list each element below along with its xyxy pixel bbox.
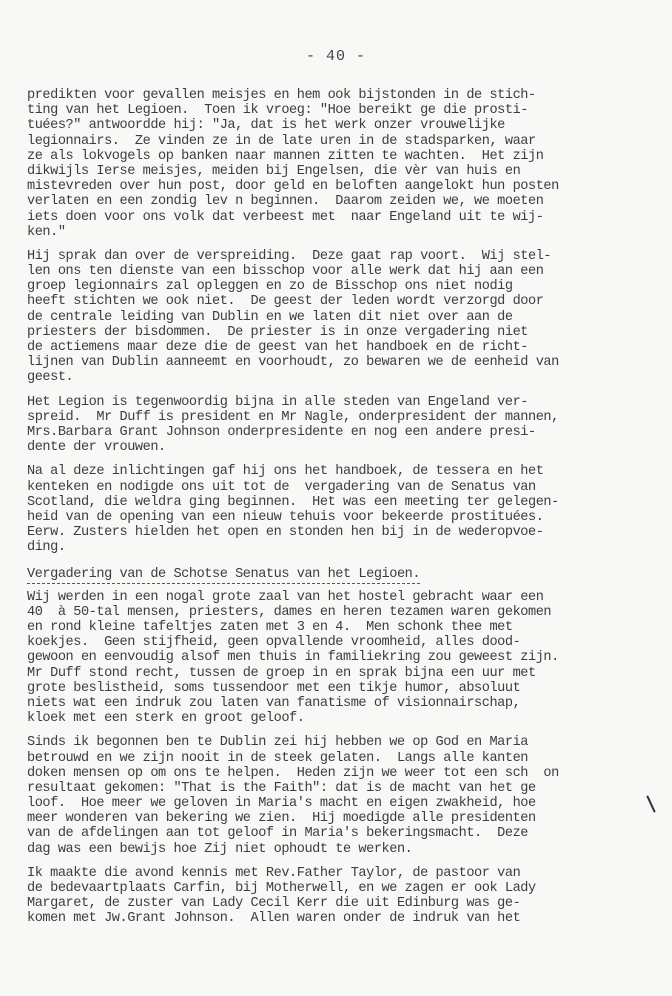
text-line: grote beslistheid, soms tussendoor met e… bbox=[27, 681, 672, 696]
text-line: 40 à 50-tal mensen, priesters, dames en … bbox=[27, 605, 672, 620]
page-number: - 40 - bbox=[0, 48, 672, 65]
text-line: spreid. Mr Duff is president en Mr Nagle… bbox=[27, 410, 672, 425]
text-line: ting van het Legioen. Toen ik vroeg: "Ho… bbox=[27, 103, 672, 118]
text-line: van de afdelingen aan tot geloof in Mari… bbox=[27, 826, 672, 841]
text-line: groep legionnairs zal opleggen en zo de … bbox=[27, 279, 672, 294]
paragraphs-after-heading: Wij werden in een nogal grote zaal van h… bbox=[27, 590, 672, 927]
text-line: en rond kleine tafeltjes zaten met 3 en … bbox=[27, 620, 672, 635]
text-line: Margaret, de zuster van Lady Cecil Kerr … bbox=[27, 896, 672, 911]
text-line: Na al deze inlichtingen gaf hij ons het … bbox=[27, 464, 672, 479]
text-line: resultaat gekomen: "That is the Faith": … bbox=[27, 781, 672, 796]
text-line: heeft stichten we ook niet. De geest der… bbox=[27, 294, 672, 309]
text-line: dente der vrouwen. bbox=[27, 440, 672, 455]
text-line: gewoon en eenvoudig alsof men thuis in f… bbox=[27, 650, 672, 665]
text-line: loof. Hoe meer we geloven in Maria's mac… bbox=[27, 796, 672, 811]
text-line: doken mensen op om ons te helpen. Heden … bbox=[27, 766, 672, 781]
text-line: Wij werden in een nogal grote zaal van h… bbox=[27, 590, 672, 605]
paragraph: Ik maakte die avond kennis met Rev.Fathe… bbox=[27, 866, 672, 927]
text-line: ken." bbox=[27, 225, 672, 240]
text-line: mistevreden over hun post, door geld en … bbox=[27, 179, 672, 194]
typewritten-page: - 40 - predikten voor gevallen meisjes e… bbox=[0, 0, 672, 996]
paragraph: Sinds ik begonnen ben te Dublin zei hij … bbox=[27, 735, 672, 857]
document-body: predikten voor gevallen meisjes en hem o… bbox=[27, 88, 672, 936]
text-line: niets wat een indruk zou laten van fanat… bbox=[27, 696, 672, 711]
text-line: len ons ten dienste van een bisschop voo… bbox=[27, 264, 672, 279]
text-line: Ik maakte die avond kennis met Rev.Fathe… bbox=[27, 866, 672, 881]
text-line: heid van de opening van een nieuw tehuis… bbox=[27, 510, 672, 525]
text-line: dikwijls Ierse meisjes, meiden bij Engel… bbox=[27, 164, 672, 179]
text-line: betrouwd en we zijn nooit in de steek ge… bbox=[27, 751, 672, 766]
text-line: Eerw. Zusters hielden het open en stonde… bbox=[27, 525, 672, 540]
text-line: de bedevaartplaats Carfin, bij Motherwel… bbox=[27, 881, 672, 896]
paragraph: Na al deze inlichtingen gaf hij ons het … bbox=[27, 464, 672, 555]
text-line: ze als lokvogels op banken naar mannen z… bbox=[27, 149, 672, 164]
paragraph: predikten voor gevallen meisjes en hem o… bbox=[27, 88, 672, 240]
section-heading: Vergadering van de Schotse Senatus van h… bbox=[27, 567, 420, 583]
paragraph: Hij sprak dan over de verspreiding. Deze… bbox=[27, 249, 672, 386]
text-line: Scotland, die weldra ging beginnen. Het … bbox=[27, 495, 672, 510]
text-line: Het Legion is tegenwoordig bijna in alle… bbox=[27, 395, 672, 410]
text-line: Sinds ik begonnen ben te Dublin zei hij … bbox=[27, 735, 672, 750]
section-heading-wrapper: Vergadering van de Schotse Senatus van h… bbox=[27, 564, 672, 587]
text-line: komen met Jw.Grant Johnson. Allen waren … bbox=[27, 911, 672, 926]
text-line: iets doen voor ons volk dat verbeest met… bbox=[27, 210, 672, 225]
paragraph: Wij werden in een nogal grote zaal van h… bbox=[27, 590, 672, 727]
text-line: Hij sprak dan over de verspreiding. Deze… bbox=[27, 249, 672, 264]
text-line: dag was een bewijs hoe Zij niet ophoudt … bbox=[27, 842, 672, 857]
paragraphs-before-heading: predikten voor gevallen meisjes en hem o… bbox=[27, 88, 672, 555]
text-line: lijnen van Dublin aanneemt en voorhoudt,… bbox=[27, 355, 672, 370]
text-line: priesters der bisdommen. De priester is … bbox=[27, 325, 672, 340]
text-line: koekjes. Geen stijfheid, geen opvallende… bbox=[27, 635, 672, 650]
text-line: predikten voor gevallen meisjes en hem o… bbox=[27, 88, 672, 103]
text-line: ding. bbox=[27, 540, 672, 555]
text-line: legionnairs. Ze vinden ze in de late ure… bbox=[27, 134, 672, 149]
text-line: kenteken en nodigde ons uit tot de verga… bbox=[27, 480, 672, 495]
text-line: geest. bbox=[27, 370, 672, 385]
paragraph: Het Legion is tegenwoordig bijna in alle… bbox=[27, 395, 672, 456]
text-line: de centrale leiding van Dublin en we lat… bbox=[27, 310, 672, 325]
text-line: meer wonderen van bekering we zien. Hij … bbox=[27, 811, 672, 826]
text-line: Mr Duff stond recht, tussen de groep in … bbox=[27, 666, 672, 681]
text-line: Mrs.Barbara Grant Johnson onderpresident… bbox=[27, 425, 672, 440]
text-line: tuées?" antwoordde hij: "Ja, dat is het … bbox=[27, 118, 672, 133]
text-line: de actiemens maar deze die de geest van … bbox=[27, 340, 672, 355]
text-line: verlaten en een zondig lev n beginnen. D… bbox=[27, 194, 672, 209]
text-line: kloek met een sterk en groot geloof. bbox=[27, 711, 672, 726]
